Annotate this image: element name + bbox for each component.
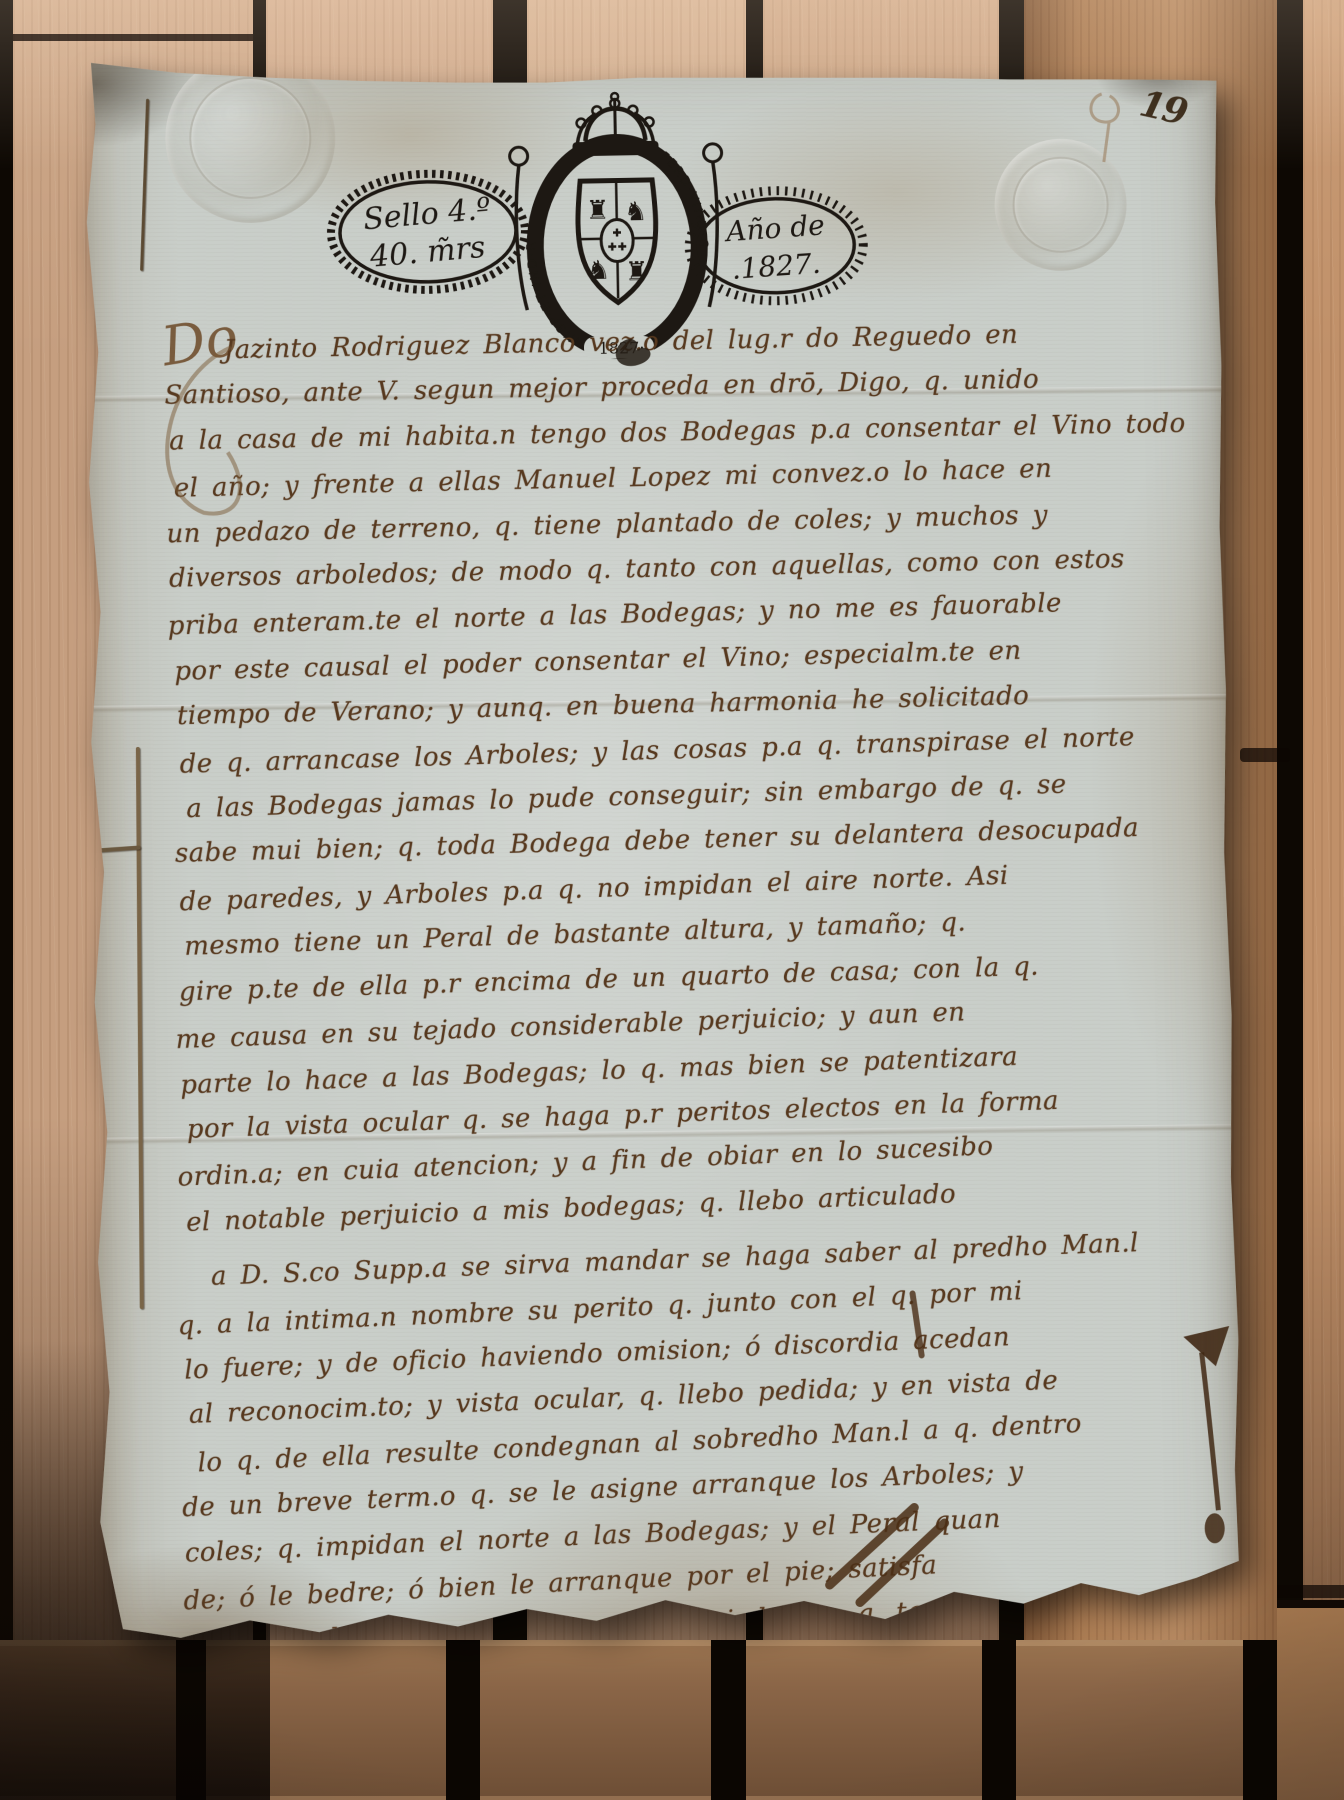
castle-quarter: ♜	[586, 196, 610, 226]
document-sheet: Sello 4.º 40. m̃rs	[61, 40, 1244, 1685]
board-seam	[1240, 748, 1290, 762]
binding-thread	[136, 747, 143, 1309]
wood-plank	[1303, 0, 1344, 1800]
ano-line2: .1827.	[731, 247, 822, 286]
embossed-dry-seal-right	[993, 138, 1127, 272]
lower-wood-right	[1277, 1600, 1344, 1800]
ano-line1: Año de	[722, 208, 826, 248]
castle-quarter: ♜	[625, 257, 649, 287]
binding-thread	[140, 99, 149, 271]
lion-quarter: ♞	[587, 256, 611, 286]
embossed-dry-seal-left	[164, 51, 337, 224]
board-gap	[1243, 1640, 1277, 1800]
year-stamp-oval: Año de .1827.	[681, 182, 871, 309]
board-seam	[1277, 1585, 1344, 1598]
paper: Sello 4.º 40. m̃rs	[61, 40, 1244, 1685]
ink-stroke	[1202, 1352, 1219, 1510]
pin-ornament-right	[703, 144, 721, 162]
ink-blot	[1204, 1513, 1225, 1543]
pin-ornament-left	[509, 147, 527, 165]
photo-of-manuscript: Sello 4.º 40. m̃rs	[0, 0, 1344, 1800]
board-seam	[13, 34, 253, 41]
binding-thread	[83, 845, 141, 853]
shield: ♜ ♞ ♞ ♜	[577, 180, 657, 303]
folio-number: 19	[1136, 82, 1190, 133]
manuscript-lines: Jazinto Rodriguez Blanco vez.o del lug.r…	[164, 312, 1195, 1698]
sello-line2: 40. m̃rs	[368, 230, 487, 275]
